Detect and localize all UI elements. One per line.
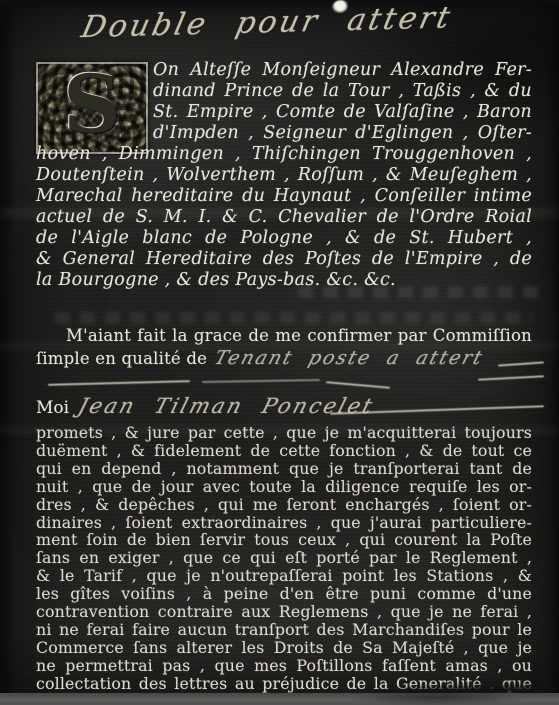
bleed-through-text: [55, 312, 533, 324]
body-line: dinaires , ſoient extraordinaires , que …: [36, 514, 532, 532]
handwritten-rule: [202, 379, 320, 383]
bleed-through-text: [298, 286, 542, 298]
body-line: & le Tarif , que je n'outrepaſſerai poin…: [36, 567, 532, 585]
body-line: qui en depend , notamment que je tranſpo…: [36, 460, 532, 478]
document-photo: Double pour attert S On Alteſſe Monſeign…: [0, 0, 559, 705]
body-line: ment ſoin de bien ſervir tous ceux , qui…: [36, 531, 532, 549]
body-line: dres , & depêches , qui me ſeront enchar…: [36, 496, 532, 514]
body-line: les gîtes voiſins , à peine d'en être pu…: [36, 585, 532, 603]
address-line: dinand Prince de la Tour , Taßis , & du: [153, 81, 532, 102]
paper-crease: [0, 426, 559, 434]
oath-body-paragraph: promets , & jure par cette , que je m'ac…: [36, 424, 532, 693]
address-line: & General Hereditaire des Poſtes de l'Em…: [36, 249, 532, 270]
handwritten-post-title: Tenant poste a attert: [212, 347, 487, 370]
handwritten-name: Jean Tilman Poncelet: [76, 394, 378, 418]
commission-line: ſimple en qualité de: [36, 349, 207, 368]
body-line: ni ne ferai faire aucun tranſport des Ma…: [36, 621, 532, 639]
body-line: nuit , que de jour avec toute la diligen…: [36, 478, 532, 496]
address-line: On Alteſſe Monſeigneur Alexandre Fer-: [153, 60, 532, 81]
drop-cap-letter: S: [36, 58, 148, 150]
photo-bottom-edge: [0, 693, 559, 705]
paper-crease: [0, 342, 559, 350]
handwritten-rule: [326, 381, 390, 389]
handwritten-rule: [478, 375, 544, 380]
address-line: de l'Aigle blanc de Pologne , & de St. H…: [36, 228, 532, 249]
address-line: d'Impden , Seigneur d'Eglingen , Oſter-: [153, 123, 532, 144]
oath-prefix: Moi: [36, 398, 69, 418]
body-line: contravention contraire aux Reglemens , …: [36, 603, 532, 621]
handwritten-rule: [48, 380, 190, 386]
body-line: ſans en exiger , que ce qui eſt porté pa…: [36, 549, 532, 567]
paper-crease: [0, 208, 559, 218]
photo-edge-shadow-left: [0, 0, 14, 705]
body-line: Commerce ſans alterer les Droits de Sa M…: [36, 639, 532, 657]
address-line: Doutenſtein , Wolverthem , Roſſum , & Me…: [36, 165, 532, 186]
drop-cap-ornament: S: [36, 62, 148, 154]
oath-declarant-line: MoiJean Tilman Poncelet: [36, 394, 374, 418]
body-line: duëment , & fidelement de cette fonction…: [36, 442, 532, 460]
body-line: ne permettrai pas , que mes Poſtillons f…: [36, 657, 532, 675]
address-line: hoven , Dimmingen , Thiſchingen Trouggen…: [36, 144, 532, 165]
address-indented-lines: On Alteſſe Monſeigneur Alexandre Fer- di…: [153, 60, 532, 144]
address-line: Marechal hereditaire du Haynaut , Conſei…: [36, 186, 532, 207]
address-line: St. Empire , Comte de Valſaſine , Baron: [153, 102, 532, 123]
